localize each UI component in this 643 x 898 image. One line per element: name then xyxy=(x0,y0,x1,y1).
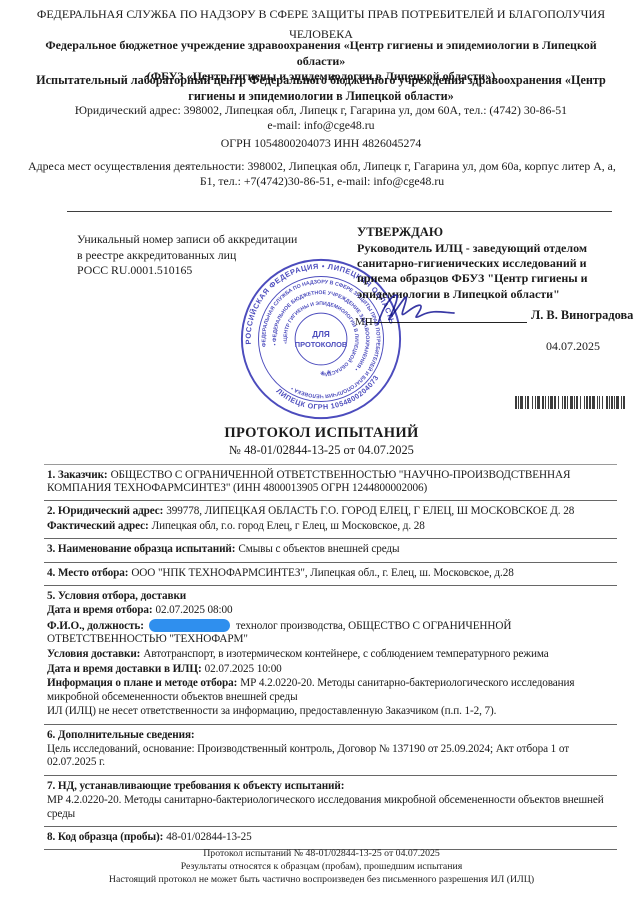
section-row: 1. Заказчик:ОБЩЕСТВО С ОГРАНИЧЕННОЙ ОТВЕ… xyxy=(47,469,615,495)
field-label: 3. Наименование образца испытаний: xyxy=(47,543,235,555)
section-row: Дата и время доставки в ИЛЦ:02.07.2025 1… xyxy=(47,663,615,676)
footer-line-2: Результаты относятся к образцам (пробам)… xyxy=(0,861,643,874)
section: 4. Место отбора:ООО "НПК ТЕХНОФАРМСИНТЕЗ… xyxy=(44,563,617,586)
legal-address-line: Юридический адрес: 398002, Липецкая обл,… xyxy=(30,103,612,118)
approval-date: 04.07.2025 xyxy=(546,339,600,354)
section-row: Условия доставки:Автотранспорт, в изотер… xyxy=(47,648,615,661)
agency-line-1: ФЕДЕРАЛЬНАЯ СЛУЖБА ПО НАДЗОРУ В СФЕРЕ ЗА… xyxy=(30,4,612,24)
section: 6. Дополнительные сведения:Цель исследов… xyxy=(44,725,617,776)
footer-line-3: Настоящий протокол не может быть частичн… xyxy=(0,874,643,887)
round-stamp: РОССИЙСКАЯ ФЕДЕРАЦИЯ • ЛИПЕЦКАЯ ОБЛАСТЬ … xyxy=(238,256,404,422)
section-row: Цель исследований, основание: Производст… xyxy=(47,743,615,769)
section-row: 7. НД, устанавливающие требования к объе… xyxy=(47,780,615,793)
field-value: 399778, ЛИПЕЦКАЯ ОБЛАСТЬ Г.О. ГОРОД ЕЛЕЦ… xyxy=(166,505,574,517)
section: 1. Заказчик:ОБЩЕСТВО С ОГРАНИЧЕННОЙ ОТВЕ… xyxy=(44,465,617,501)
redaction-pill xyxy=(149,619,230,632)
field-label: Информация о плане и методе отбора: xyxy=(47,677,237,689)
section-row: Фактический адрес:Липецкая обл, г.о. гор… xyxy=(47,520,615,533)
field-value: Цель исследований, основание: Производст… xyxy=(47,743,569,768)
field-label: Дата и время доставки в ИЛЦ: xyxy=(47,663,202,675)
field-value: ОБЩЕСТВО С ОГРАНИЧЕННОЙ ОТВЕТСТВЕННОСТЬЮ… xyxy=(47,469,570,494)
section-row: Дата и время отбора:02.07.2025 08:00 xyxy=(47,604,615,617)
section: 3. Наименование образца испытаний:Смывы … xyxy=(44,539,617,562)
field-value: 02.07.2025 10:00 xyxy=(205,663,282,675)
field-label: 6. Дополнительные сведения: xyxy=(47,729,195,741)
field-value: ИЛ (ИЛЦ) не несет ответственности за инф… xyxy=(47,705,496,717)
field-label: Ф.И.О., должность: xyxy=(47,620,144,632)
legal-address: Юридический адрес: 398002, Липецкая обл,… xyxy=(30,103,612,133)
section: 8. Код образца (пробы):48-01/02844-13-25 xyxy=(44,827,617,850)
field-value: Липецкая обл, г.о. город Елец, г Елец, ш… xyxy=(152,520,425,532)
approval-title: УТВЕРЖДАЮ xyxy=(357,224,619,241)
institution-line-1: Федеральное бюджетное учреждение здравоо… xyxy=(30,38,612,69)
ogrn-inn-line: ОГРН 1054800204073 ИНН 4826045274 xyxy=(30,136,612,151)
section-row: Информация о плане и методе отбора:МР 4.… xyxy=(47,677,615,703)
field-label: 4. Место отбора: xyxy=(47,567,128,579)
accreditation-line-1: Уникальный номер записи об аккредитации xyxy=(77,232,327,248)
section: 5. Условия отбора, доставкиДата и время … xyxy=(44,586,617,725)
field-label: 5. Условия отбора, доставки xyxy=(47,590,186,602)
field-value: Смывы с объектов внешней среды xyxy=(238,543,399,555)
stamp-stars: ✳ ✳ xyxy=(320,369,332,378)
section-row: Ф.И.О., должность:технолог производства,… xyxy=(47,619,615,646)
field-label: 8. Код образца (пробы): xyxy=(47,831,163,843)
field-label: Фактический адрес: xyxy=(47,520,149,532)
section: 2. Юридический адрес:399778, ЛИПЕЦКАЯ ОБ… xyxy=(44,501,617,539)
activity-addresses: Адреса мест осуществления деятельности: … xyxy=(26,159,618,188)
protocol-title-block: ПРОТОКОЛ ИСПЫТАНИЙ № 48-01/02844-13-25 о… xyxy=(0,425,643,458)
section: 7. НД, устанавливающие требования к объе… xyxy=(44,776,617,827)
stamp-center-line-2: ПРОТОКОЛОВ xyxy=(295,340,348,349)
section-row: 4. Место отбора:ООО "НПК ТЕХНОФАРМСИНТЕЗ… xyxy=(47,567,615,580)
sections: 1. Заказчик:ОБЩЕСТВО С ОГРАНИЧЕННОЙ ОТВЕ… xyxy=(44,464,617,850)
section-row: 6. Дополнительные сведения: xyxy=(47,729,615,742)
lab-center-line-2: гигиены и эпидемиологии в Липецкой облас… xyxy=(30,89,612,105)
section-row: 8. Код образца (пробы):48-01/02844-13-25 xyxy=(47,831,615,844)
field-value: Автотранспорт, в изотермическом контейне… xyxy=(143,648,548,660)
section-row: 2. Юридический адрес:399778, ЛИПЕЦКАЯ ОБ… xyxy=(47,505,615,518)
activity-line-1: Адреса мест осуществления деятельности: … xyxy=(26,159,618,174)
footer-line-1: Протокол испытаний № 48-01/02844-13-25 о… xyxy=(0,848,643,861)
field-value: МР 4.2.0220-20. Методы санитарно-бактери… xyxy=(47,794,604,819)
stamp-center-line-1: ДЛЯ xyxy=(312,330,330,339)
field-value: 02.07.2025 08:00 xyxy=(156,604,233,616)
barcode xyxy=(515,396,625,409)
section-row: 3. Наименование образца испытаний:Смывы … xyxy=(47,543,615,556)
field-label: 7. НД, устанавливающие требования к объе… xyxy=(47,780,344,792)
field-label: 2. Юридический адрес: xyxy=(47,505,163,517)
section-row: 5. Условия отбора, доставки xyxy=(47,590,615,603)
header-divider xyxy=(67,211,612,212)
activity-line-2: Б1, тел.: +7(4742)30-86-51, e-mail: info… xyxy=(26,174,618,189)
field-value: 48-01/02844-13-25 xyxy=(166,831,251,843)
email-line: e-mail: info@cge48.ru xyxy=(30,118,612,133)
protocol-number: № 48-01/02844-13-25 от 04.07.2025 xyxy=(0,443,643,458)
lab-center-name: Испытательный лабораторный центр Федерал… xyxy=(30,73,612,104)
field-label: Условия доставки: xyxy=(47,648,140,660)
lab-center-line-1: Испытательный лабораторный центр Федерал… xyxy=(30,73,612,89)
signer-name: Л. В. Виноградова xyxy=(531,308,633,323)
approval-line-1: Руководитель ИЛЦ - заведующий отделом xyxy=(357,241,619,256)
section-row: МР 4.2.0220-20. Методы санитарно-бактери… xyxy=(47,794,615,820)
section-row: ИЛ (ИЛЦ) не несет ответственности за инф… xyxy=(47,705,615,718)
protocol-document-page: ФЕДЕРАЛЬНАЯ СЛУЖБА ПО НАДЗОРУ В СФЕРЕ ЗА… xyxy=(0,0,643,898)
field-label: Дата и время отбора: xyxy=(47,604,153,616)
footer-block: Протокол испытаний № 48-01/02844-13-25 о… xyxy=(0,848,643,886)
field-label: 1. Заказчик: xyxy=(47,469,108,481)
field-value: ООО "НПК ТЕХНОФАРМСИНТЕЗ", Липецкая обл.… xyxy=(131,567,513,579)
protocol-title: ПРОТОКОЛ ИСПЫТАНИЙ xyxy=(0,425,643,442)
